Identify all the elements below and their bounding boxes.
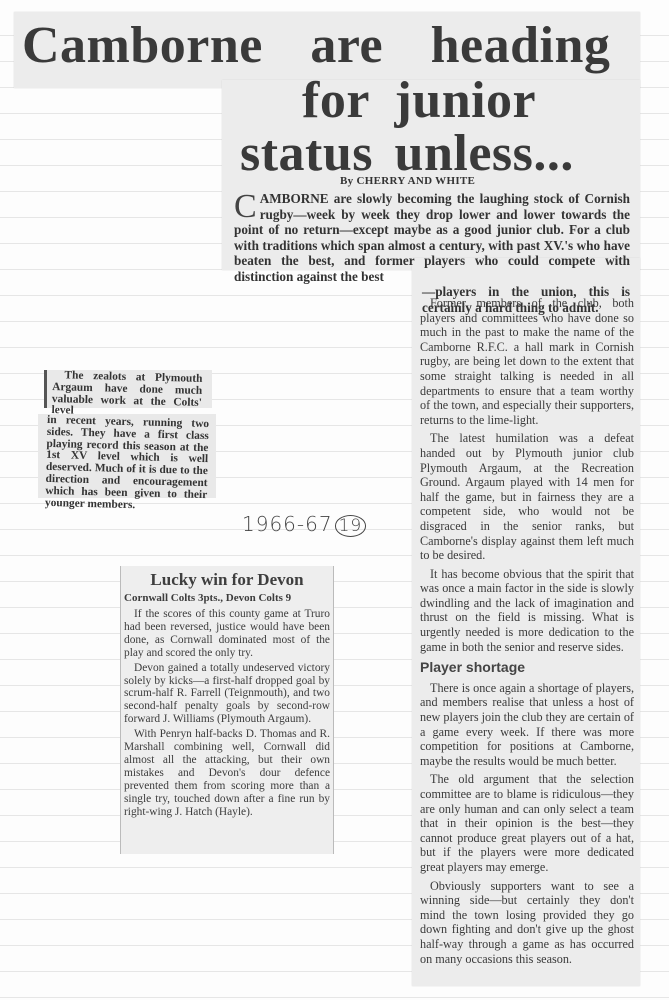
circled-page-number: 19 (335, 515, 367, 537)
headline-line-3: status unless... (240, 128, 574, 180)
article-paragraph: There is once again a shortage of player… (420, 681, 634, 769)
devon-paragraph: Devon gained a totally undeserved victor… (124, 662, 330, 727)
handwritten-season-note: 1966-6719 (242, 512, 366, 537)
article-paragraph: The old argument that the selection comm… (420, 772, 634, 874)
devon-article: Lucky win for Devon Cornwall Colts 3pts.… (124, 570, 330, 821)
zealots-text-part-1: The zealots at Plymouth Argaum have done… (51, 370, 202, 421)
headline-line-1: Camborne are heading (22, 20, 610, 72)
drop-cap: C (234, 193, 257, 221)
byline: By CHERRY AND WHITE (340, 175, 475, 187)
main-article-column: Former members of the club, both players… (420, 296, 634, 970)
lead-text: AMBORNE are slowly becoming the laughing… (234, 191, 630, 284)
devon-paragraph: If the scores of this county game at Tru… (124, 608, 330, 660)
article-paragraph: The latest humilation was a defeat hande… (420, 431, 634, 562)
devon-paragraph: With Penryn half-backs D. Thomas and R. … (124, 728, 330, 818)
devon-article-title: Lucky win for Devon (124, 570, 330, 590)
subheading-player-shortage: Player shortage (420, 660, 634, 675)
article-paragraph: It has become obvious that the spirit th… (420, 567, 634, 655)
article-paragraph: Former members of the club, both players… (420, 296, 634, 427)
zealots-text-part-2: in recent years, running two sides. They… (45, 415, 209, 514)
article-paragraph: Obviously supporters want to see a winni… (420, 879, 634, 967)
devon-score-line: Cornwall Colts 3pts., Devon Colts 9 (124, 592, 330, 604)
season-label: 1966-67 (242, 512, 333, 536)
headline-line-2: for junior (302, 75, 536, 127)
